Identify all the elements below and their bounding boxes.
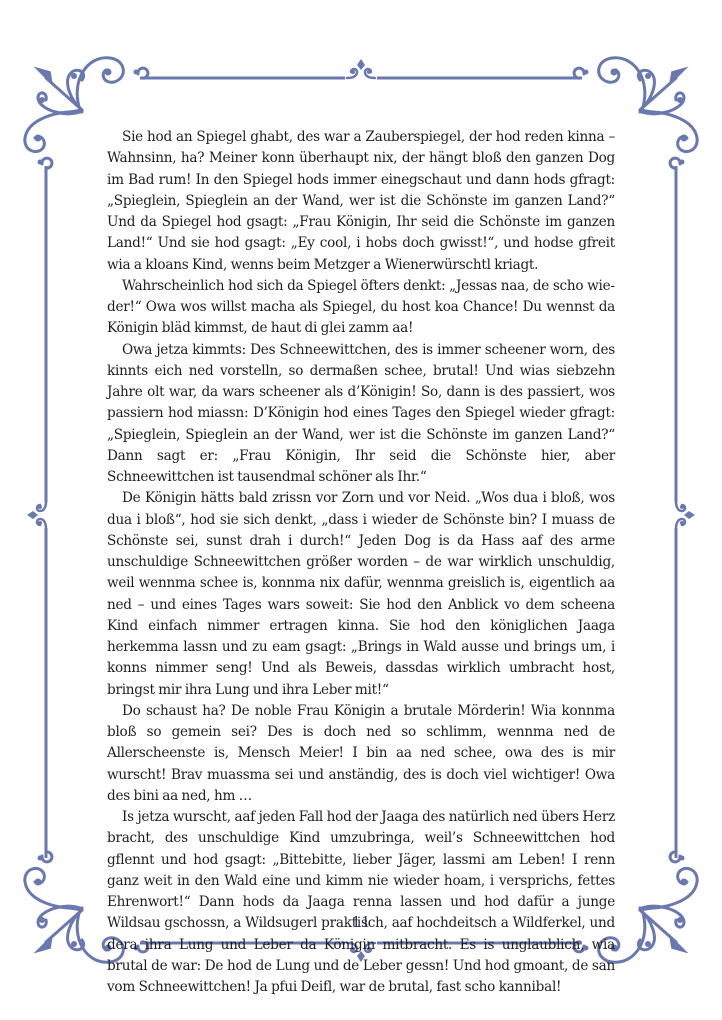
paragraph-4: De Königin hätts bald zrissn vor Zorn un… xyxy=(107,488,615,701)
paragraph-3: Owa jetza kimmts: Des Schneewittchen, de… xyxy=(107,340,615,489)
fleuron-right xyxy=(676,501,695,529)
paragraph-5: Do schaust ha? De noble Frau Königin a b… xyxy=(107,701,615,807)
story-text: Sie hod an Spiegel ghabt, des war a Zaub… xyxy=(107,127,615,998)
paragraph-2: Wahrscheinlich hod sich da Spiegel öfter… xyxy=(107,276,615,340)
paragraph-1: Sie hod an Spiegel ghabt, des war a Zaub… xyxy=(107,127,615,276)
fleuron-top xyxy=(347,59,375,78)
book-page: Sie hod an Spiegel ghabt, des war a Zaub… xyxy=(0,0,722,1020)
fleuron-left xyxy=(27,501,46,529)
paragraph-6: Is jetza wurscht, aaf jeden Fall hod der… xyxy=(107,807,615,998)
page-number: 11 xyxy=(0,913,722,931)
